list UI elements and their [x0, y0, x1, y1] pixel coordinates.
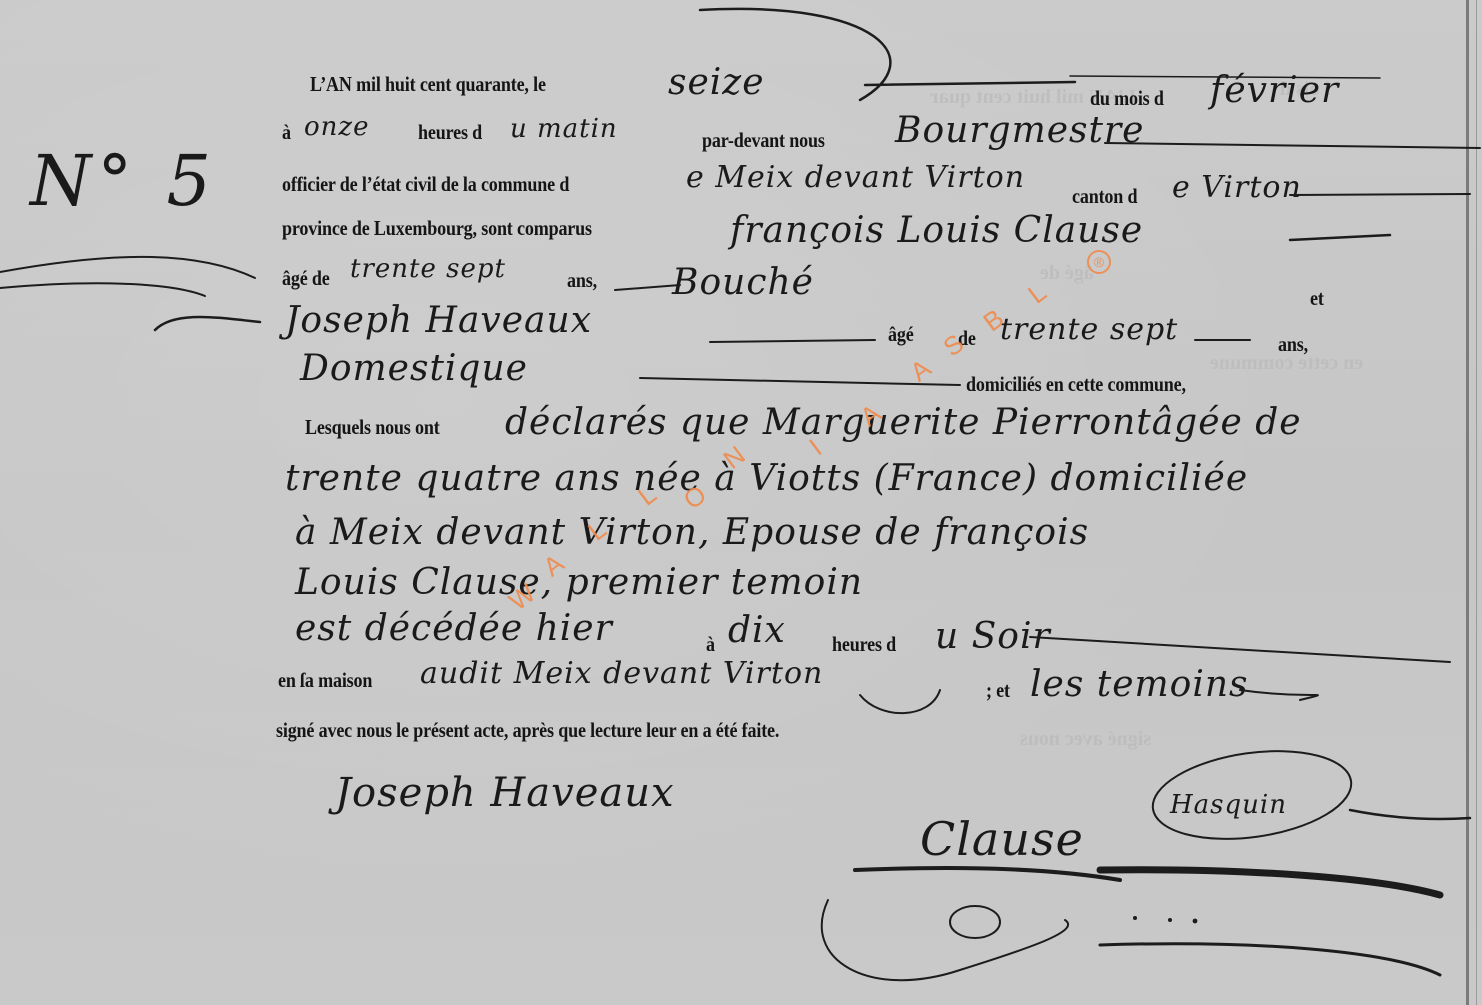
document-page: L’AN mil huit cent quar l ois d âgé de e…	[0, 0, 1482, 1005]
watermark-registered-mark: ®	[1087, 250, 1111, 274]
pen-flourishes	[0, 0, 1482, 1005]
